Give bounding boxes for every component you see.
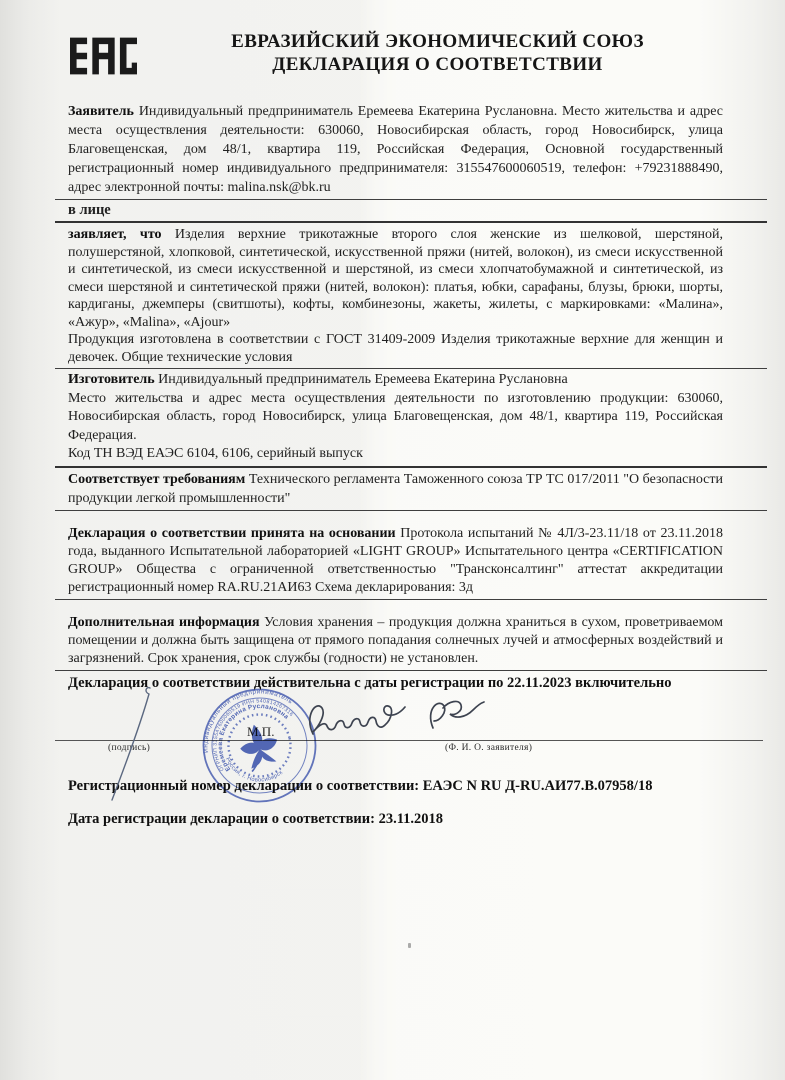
registration-number-value: ЕАЭС N RU Д-RU.АИ77.В.07958/18: [423, 778, 653, 794]
document-header: ЕВРАЗИЙСКИЙ ЭКОНОМИЧЕСКИЙ СОЮЗ ДЕКЛАРАЦИ…: [150, 0, 725, 76]
title-declaration: ДЕКЛАРАЦИЯ О СООТВЕТСТВИИ: [150, 53, 725, 76]
gost-note: Продукция изготовлена в соответствии с Г…: [68, 331, 723, 366]
applicant-label: Заявитель: [68, 104, 134, 119]
signature-line: [55, 740, 763, 741]
additional-info-label: Дополнительная информация: [68, 615, 260, 630]
divider: [55, 199, 767, 200]
fio-caption: (Ф. И. О. заявителя): [445, 743, 532, 753]
divider: [55, 599, 767, 600]
compliance-paragraph: Соответствует требованиям Технического р…: [68, 470, 723, 508]
divider: [55, 466, 767, 468]
registration-date-line: Дата регистрации декларации о соответств…: [68, 811, 723, 828]
divider: [55, 221, 767, 223]
applicant-text: Индивидуальный предприниматель Еремеева …: [68, 104, 723, 195]
eac-logo-icon: [70, 28, 137, 89]
divider: [55, 670, 767, 671]
mp-seal-placeholder: М.П.: [247, 724, 274, 740]
declares-label: заявляет, что: [68, 227, 162, 242]
registration-number-line: Регистрационный номер декларации о соотв…: [68, 778, 723, 795]
manufacturer-label: Изготовитель: [68, 372, 155, 387]
applicant-paragraph: Заявитель Индивидуальный предприниматель…: [68, 102, 723, 197]
manufacturer-address: Место жительства и адрес места осуществл…: [68, 390, 723, 446]
compliance-label: Соответствует требованиям: [68, 472, 245, 487]
signature-caption: (подпись): [108, 743, 150, 753]
declares-paragraph: заявляет, что Изделия верхние трикотажны…: [68, 226, 723, 331]
basis-paragraph: Декларация о соответствии принята на осн…: [68, 525, 723, 597]
declares-text: Изделия верхние трикотажные второго слоя…: [68, 227, 723, 330]
manufacturer-name: Индивидуальный предприниматель Еремеева …: [158, 372, 568, 387]
validity-statement: Декларация о соответствии действительна …: [68, 675, 723, 692]
registration-date-label: Дата регистрации декларации о соответств…: [68, 811, 375, 827]
additional-info-paragraph: Дополнительная информация Условия хранен…: [68, 614, 723, 668]
registration-date-value: 23.11.2018: [379, 811, 443, 827]
scan-artifact-speck: [408, 943, 411, 948]
declaration-document: ЕВРАЗИЙСКИЙ ЭКОНОМИЧЕСКИЙ СОЮЗ ДЕКЛАРАЦИ…: [0, 0, 785, 1080]
in-person-label: в лице: [68, 202, 723, 219]
registration-number-label: Регистрационный номер декларации о соотв…: [68, 778, 419, 794]
signature-area: М.П. Индивидуальный предприниматель ОГРН…: [0, 696, 785, 760]
divider: [55, 368, 767, 369]
manufacturer-paragraph: Изготовитель Индивидуальный предпринимат…: [68, 371, 723, 390]
title-union: ЕВРАЗИЙСКИЙ ЭКОНОМИЧЕСКИЙ СОЮЗ: [150, 30, 725, 53]
basis-label: Декларация о соответствии принята на осн…: [68, 526, 396, 541]
divider: [55, 510, 767, 511]
tn-ved-code: Код ТН ВЭД ЕАЭС 6104, 6106, серийный вып…: [68, 445, 723, 464]
